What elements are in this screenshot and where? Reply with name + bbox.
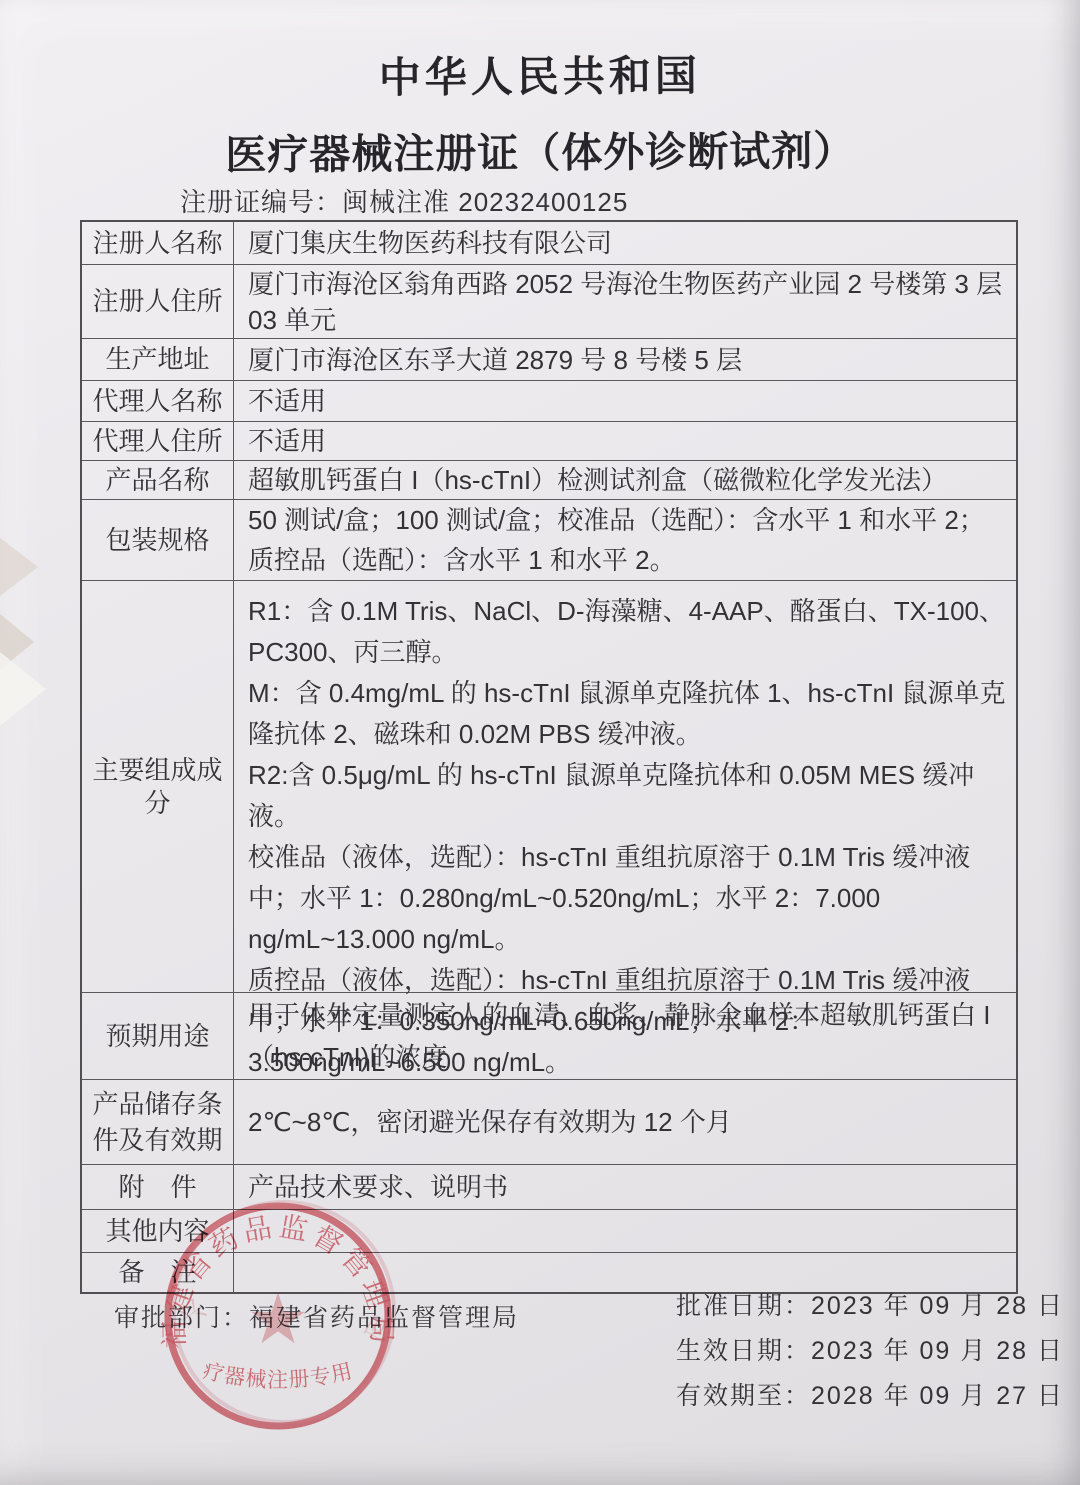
row-label: 生产地址 bbox=[82, 339, 234, 380]
table-row: 代理人名称 不适用 bbox=[82, 380, 1016, 421]
row-label: 代理人住所 bbox=[82, 422, 234, 460]
table-row: 预期用途 用于体外定量测定人的血清、血浆、静脉全血样本超敏肌钙蛋白 I（hs-c… bbox=[82, 992, 1016, 1079]
table-row: 主要组成成分 R1：含 0.1M Tris、NaCl、D-海藻糖、4-AAP、酪… bbox=[82, 580, 1016, 992]
table-row: 产品名称 超敏肌钙蛋白 I（hs-cTnI）检测试剂盒（磁微粒化学发光法） bbox=[82, 460, 1016, 499]
effective-date-label: 生效日期： bbox=[676, 1337, 811, 1365]
table-row: 代理人住所 不适用 bbox=[82, 421, 1016, 460]
official-red-seal: ★ 福建省药品监督管理局 医疗器械注册专用章 兴 回 bbox=[158, 1196, 398, 1436]
approval-date-line: 批准日期：2023 年 09 月 28 日 bbox=[676, 1286, 1064, 1322]
row-value: R1：含 0.1M Tris、NaCl、D-海藻糖、4-AAP、酪蛋白、TX-1… bbox=[234, 581, 1016, 992]
table-row: 产品储存条件及有效期 2℃~8℃，密闭避光保存有效期为 12 个月 bbox=[82, 1079, 1016, 1164]
certificate-page: 中华人民共和国 医疗器械注册证（体外诊断试剂） 注册证编号：闽械注准 20232… bbox=[0, 0, 1080, 1485]
row-value: 超敏肌钙蛋白 I（hs-cTnI）检测试剂盒（磁微粒化学发光法） bbox=[234, 461, 1016, 499]
expiry-date-value: 2028 年 09 月 27 日 bbox=[811, 1382, 1064, 1410]
date-block: 批准日期：2023 年 09 月 28 日 生效日期：2023 年 09 月 2… bbox=[676, 1286, 1064, 1421]
registration-number-label: 注册证编号： bbox=[180, 187, 342, 217]
registration-number-value: 闽械注准 20232400125 bbox=[342, 187, 628, 217]
row-value: 厦门集庆生物医药科技有限公司 bbox=[234, 222, 1016, 264]
table-row: 生产地址 厦门市海沧区东孚大道 2879 号 8 号楼 5 层 bbox=[82, 338, 1016, 380]
certificate-table: 注册人名称 厦门集庆生物医药科技有限公司 注册人住所 厦门市海沧区翁角西路 20… bbox=[80, 220, 1018, 1294]
seal-star-icon: ★ bbox=[247, 1280, 310, 1358]
effective-date-value: 2023 年 09 月 28 日 bbox=[811, 1337, 1064, 1365]
effective-date-line: 生效日期：2023 年 09 月 28 日 bbox=[676, 1331, 1064, 1367]
row-label: 预期用途 bbox=[82, 993, 234, 1079]
row-label: 代理人名称 bbox=[82, 381, 234, 421]
expiry-date-label: 有效期至： bbox=[676, 1382, 811, 1410]
row-value: 50 测试/盒；100 测试/盒；校准品（选配）：含水平 1 和水平 2；质控品… bbox=[234, 500, 1016, 580]
approval-date-value: 2023 年 09 月 28 日 bbox=[811, 1292, 1064, 1320]
row-value: 厦门市海沧区翁角西路 2052 号海沧生物医药产业园 2 号楼第 3 层 03 … bbox=[234, 265, 1016, 338]
row-label: 注册人住所 bbox=[82, 265, 234, 338]
left-edge-artifact bbox=[0, 538, 38, 596]
row-value: 用于体外定量测定人的血清、血浆、静脉全血样本超敏肌钙蛋白 I（hs-cTnI)的… bbox=[234, 993, 1016, 1079]
row-value: 不适用 bbox=[234, 381, 1016, 421]
row-value: 厦门市海沧区东孚大道 2879 号 8 号楼 5 层 bbox=[234, 339, 1016, 380]
row-value: 2℃~8℃，密闭避光保存有效期为 12 个月 bbox=[234, 1080, 1016, 1164]
left-edge-artifact bbox=[0, 652, 46, 726]
row-value: 不适用 bbox=[234, 422, 1016, 460]
registration-number-line: 注册证编号：闽械注准 20232400125 bbox=[180, 182, 628, 219]
table-row: 注册人名称 厦门集庆生物医药科技有限公司 bbox=[82, 222, 1016, 264]
table-row: 包装规格 50 测试/盒；100 测试/盒；校准品（选配）：含水平 1 和水平 … bbox=[82, 499, 1016, 580]
expiry-date-line: 有效期至：2028 年 09 月 27 日 bbox=[676, 1376, 1064, 1412]
row-label: 产品名称 bbox=[82, 461, 234, 499]
approval-date-label: 批准日期： bbox=[676, 1292, 811, 1320]
title-certificate: 医疗器械注册证（体外诊断试剂） bbox=[0, 116, 1080, 183]
certificate-header: 中华人民共和国 医疗器械注册证（体外诊断试剂） bbox=[0, 40, 1080, 183]
title-country: 中华人民共和国 bbox=[0, 40, 1080, 108]
row-label: 包装规格 bbox=[82, 500, 234, 580]
row-label: 注册人名称 bbox=[82, 222, 234, 264]
table-row: 注册人住所 厦门市海沧区翁角西路 2052 号海沧生物医药产业园 2 号楼第 3… bbox=[82, 264, 1016, 338]
row-label: 主要组成成分 bbox=[82, 581, 234, 992]
row-label: 产品储存条件及有效期 bbox=[82, 1080, 234, 1164]
